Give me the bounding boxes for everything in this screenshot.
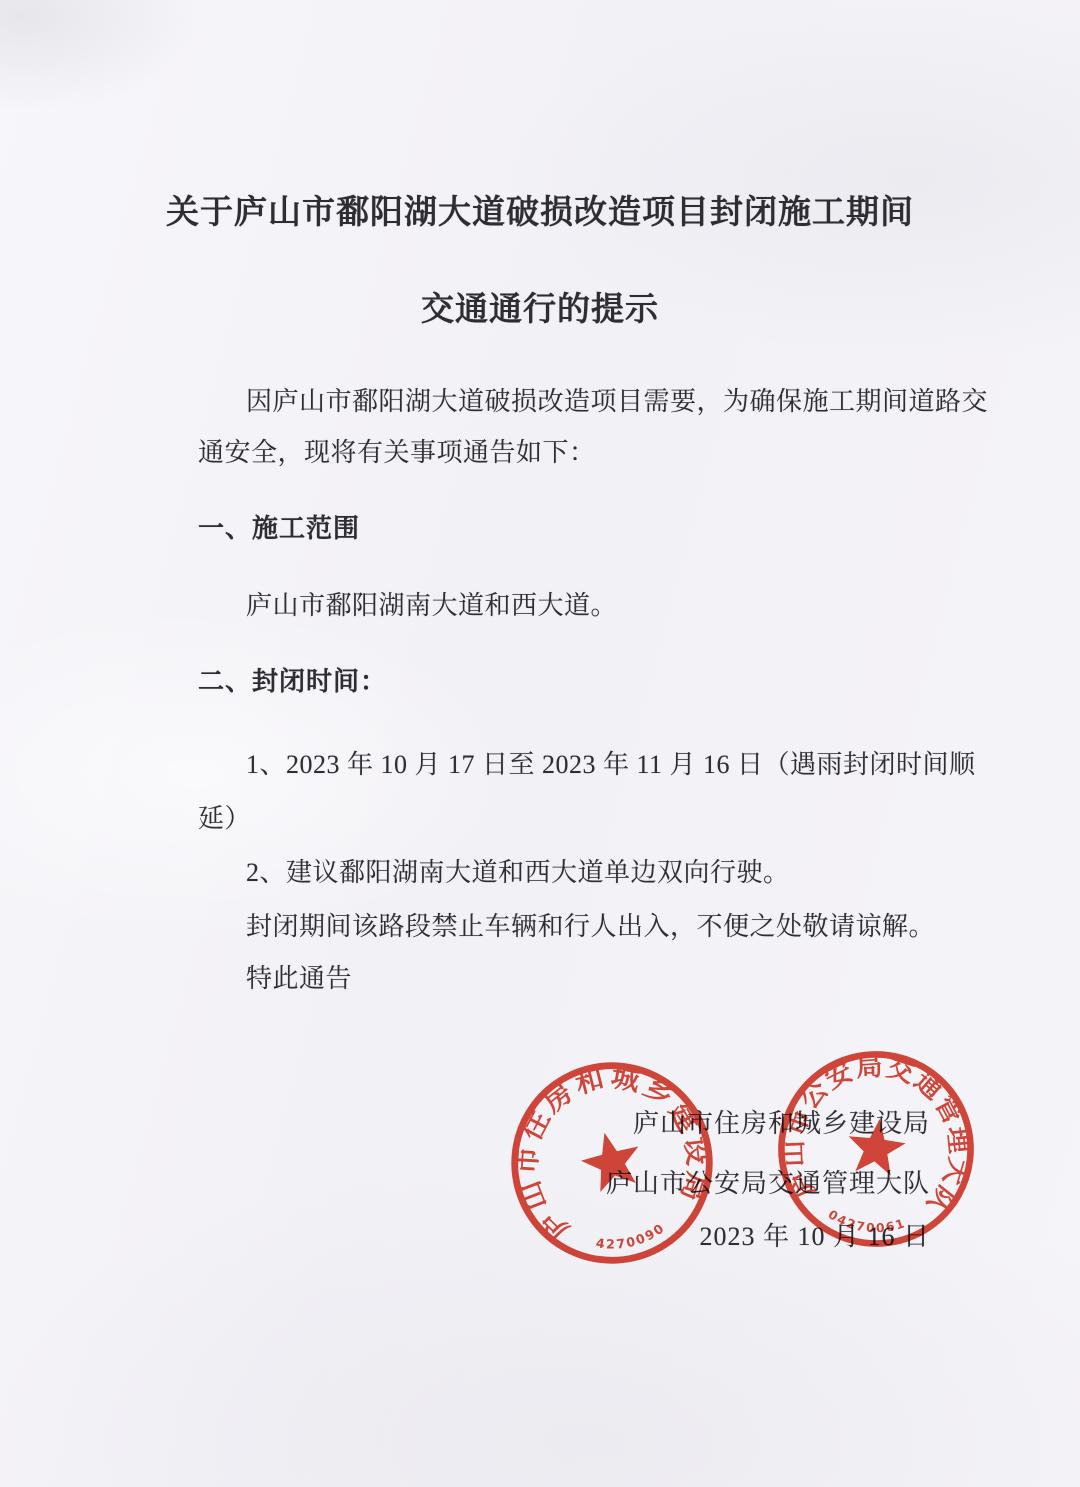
body-line: 庐山市鄱阳湖南大道和西大道。 — [246, 585, 617, 622]
section-heading-1: 一、施工范围 — [198, 508, 360, 545]
body-line: 延） — [198, 798, 251, 835]
body-line: 1、2023 年 10 月 17 日至 2023 年 11 月 16 日（遇雨封… — [246, 744, 976, 781]
body-line: 封闭期间该路段禁止车辆和行人出入，不便之处敬请谅解。 — [246, 906, 935, 943]
body-line: 因庐山市鄱阳湖大道破损改造项目需要，为确保施工期间道路交 — [246, 381, 988, 418]
official-seal-left: 庐山市住房和城乡建设局 3604270090471 — [482, 1030, 743, 1295]
document-title-line-2: 交通通行的提示 — [0, 283, 1080, 330]
body-line: 通安全，现将有关事项通告如下： — [198, 432, 596, 469]
body-line: 2、建议鄱阳湖南大道和西大道单边双向行驶。 — [246, 852, 790, 889]
official-seal-right: 庐山市公安局交通管理大队 360427006152 — [760, 1030, 993, 1268]
star-icon — [844, 1115, 908, 1176]
body-line: 特此通告 — [246, 958, 352, 995]
document-title-line-1: 关于庐山市鄱阳湖大道破损改造项目封闭施工期间 — [0, 186, 1080, 233]
star-icon — [576, 1126, 647, 1195]
scanned-notice-page: 关于庐山市鄱阳湖大道破损改造项目封闭施工期间 交通通行的提示 因庐山市鄱阳湖大道… — [0, 0, 1080, 1487]
section-heading-2: 二、封闭时间： — [198, 661, 387, 698]
